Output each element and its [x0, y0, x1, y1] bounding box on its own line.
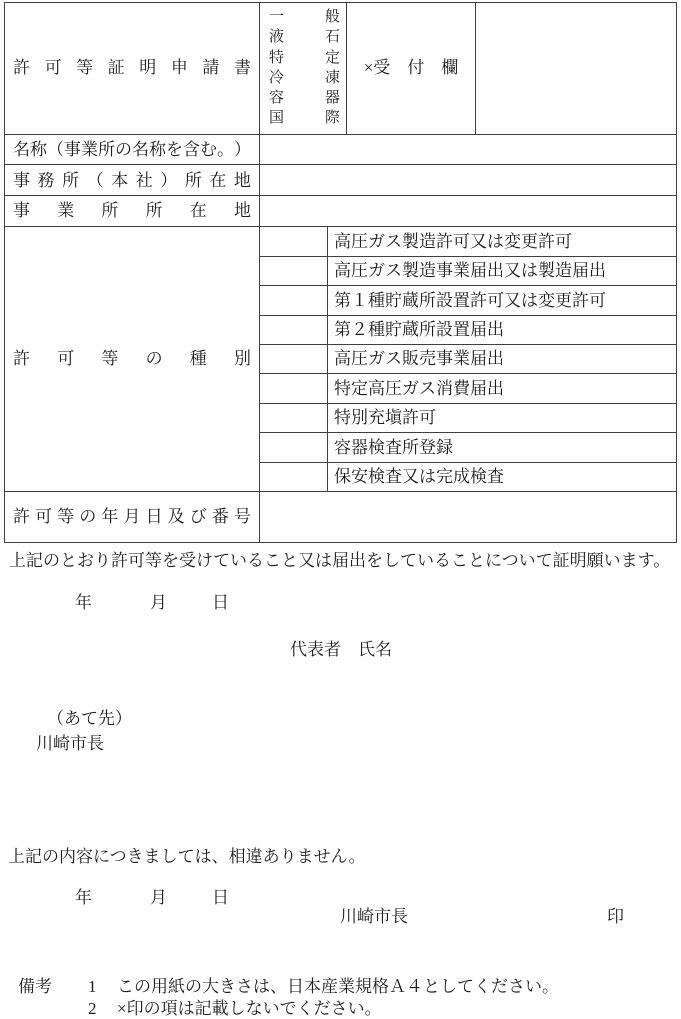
kind-label: 保安検査又は完成検査 — [327, 463, 676, 491]
law-char: 液 — [269, 29, 284, 46]
law-pair: 容器 — [269, 90, 340, 107]
site-address-label: 事業所所在地 — [13, 201, 251, 221]
site-address-input-cell[interactable] — [259, 196, 676, 226]
kind-check-cell[interactable] — [259, 404, 327, 432]
kind-label: 高圧ガス販売事業届出 — [327, 345, 676, 373]
site-address-row: 事業所所在地 — [5, 195, 676, 226]
kind-check-cell[interactable] — [259, 433, 327, 461]
remarks-label: 備考 — [18, 977, 52, 997]
day-label[interactable]: 日 — [212, 888, 229, 908]
site-address-label-cell: 事業所所在地 — [5, 196, 259, 226]
law-char: 冷 — [269, 70, 284, 87]
permission-date-number-label-cell: 許可等の年月日及び番号 — [5, 492, 259, 542]
permission-date-number-row: 許可等の年月日及び番号 — [5, 491, 676, 542]
law-pair: 一般 — [269, 9, 340, 26]
kind-label: 特別充塡許可 — [327, 404, 676, 432]
kind-label: 特定高圧ガス消費届出 — [327, 374, 676, 402]
kind-check-cell[interactable] — [259, 316, 327, 344]
kind-label: 第１種貯蔵所設置許可又は変更許可 — [327, 286, 676, 314]
law-char: 特 — [269, 50, 284, 67]
day-label[interactable]: 日 — [212, 593, 229, 613]
remark-text: ×印の項は記載しないでください。 — [117, 999, 382, 1019]
kind-label: 容器検査所登録 — [327, 433, 676, 461]
seal-mark[interactable]: 印 — [607, 907, 624, 927]
kind-row: 容器検査所登録 — [259, 432, 676, 461]
permission-kind-list: 高圧ガス製造許可又は変更許可 高圧ガス製造事業届出又は製造届出 第１種貯蔵所設置… — [259, 227, 676, 491]
form-title: 許可等証明申請書 — [13, 58, 251, 78]
remark-text: この用紙の大きさは、日本産業規格Ａ４としてください。 — [117, 977, 559, 997]
kind-row: 特定高圧ガス消費届出 — [259, 373, 676, 402]
addressee-name: 川崎市長 — [36, 734, 104, 754]
reception-label-cell: ×受 付 欄 — [346, 3, 475, 134]
kind-row: 第１種貯蔵所設置許可又は変更許可 — [259, 285, 676, 314]
kind-label: 高圧ガス製造事業届出又は製造届出 — [327, 257, 676, 285]
mayor-signature-label: 川崎市長 — [340, 907, 408, 927]
kind-row: 高圧ガス製造許可又は変更許可 — [259, 227, 676, 255]
representative-name-label[interactable]: 代表者 氏名 — [290, 640, 392, 660]
kind-check-cell[interactable] — [259, 257, 327, 285]
permission-kind-block: 許可等の種別 高圧ガス製造許可又は変更許可 高圧ガス製造事業届出又は製造届出 第… — [5, 226, 676, 491]
kind-check-cell[interactable] — [259, 286, 327, 314]
year-label[interactable]: 年 — [75, 593, 92, 613]
application-form-table: 許可等証明申請書 一般 液石 特定 冷凍 容器 国際 ×受 付 欄 名称（事業所… — [4, 2, 677, 543]
permission-date-number-label: 許可等の年月日及び番号 — [13, 507, 251, 527]
kind-check-cell[interactable] — [259, 374, 327, 402]
office-address-row: 事務所（本社）所在地 — [5, 164, 676, 195]
name-label-cell: 名称（事業所の名称を含む。） — [5, 135, 259, 165]
law-char: 般 — [325, 9, 340, 26]
office-address-label-cell: 事務所（本社）所在地 — [5, 165, 259, 195]
form-title-cell: 許可等証明申請書 — [5, 3, 259, 134]
law-category-cell: 一般 液石 特定 冷凍 容器 国際 — [259, 3, 346, 134]
kind-row: 特別充塡許可 — [259, 403, 676, 432]
name-input-cell[interactable] — [259, 135, 676, 165]
law-char: 器 — [325, 90, 340, 107]
law-pair: 液石 — [269, 29, 340, 46]
kind-check-cell[interactable] — [259, 345, 327, 373]
law-char: 一 — [269, 9, 284, 26]
kind-row: 保安検査又は完成検査 — [259, 462, 676, 491]
month-label[interactable]: 月 — [150, 888, 167, 908]
law-char: 石 — [325, 29, 340, 46]
law-char: 定 — [325, 50, 340, 67]
confirmation-text: 上記の内容につきましては、相違ありません。 — [8, 847, 366, 867]
permission-kind-label-cell: 許可等の種別 — [5, 227, 259, 491]
remark-number: 1 — [88, 977, 97, 997]
kind-row: 高圧ガス販売事業届出 — [259, 344, 676, 373]
law-char: 国 — [269, 110, 284, 127]
name-label: 名称（事業所の名称を含む。） — [13, 140, 251, 160]
certify-request-text: 上記のとおり許可等を受けていること又は届出をしていることについて証明願います。 — [9, 551, 670, 571]
law-char: 凍 — [325, 70, 340, 87]
kind-row: 高圧ガス製造事業届出又は製造届出 — [259, 256, 676, 285]
kind-row: 第２種貯蔵所設置届出 — [259, 315, 676, 344]
addressee-heading: （あて先） — [47, 709, 132, 729]
name-row: 名称（事業所の名称を含む。） — [5, 134, 676, 165]
kind-check-cell[interactable] — [259, 227, 327, 255]
office-address-label: 事務所（本社）所在地 — [13, 171, 251, 191]
law-char: 容 — [269, 90, 284, 107]
office-address-input-cell[interactable] — [259, 165, 676, 195]
kind-check-cell[interactable] — [259, 463, 327, 491]
month-label[interactable]: 月 — [150, 593, 167, 613]
law-pair: 特定 — [269, 50, 340, 67]
kind-label: 第２種貯蔵所設置届出 — [327, 316, 676, 344]
permission-date-number-input-cell[interactable] — [259, 492, 676, 542]
permission-kind-label: 許可等の種別 — [13, 349, 251, 369]
year-label[interactable]: 年 — [75, 888, 92, 908]
law-pair: 国際 — [269, 110, 340, 127]
reception-stamp-area[interactable] — [475, 3, 676, 134]
kind-label: 高圧ガス製造許可又は変更許可 — [327, 227, 676, 255]
law-char: 際 — [325, 110, 340, 127]
remark-number: 2 — [88, 999, 97, 1019]
law-pair: 冷凍 — [269, 70, 340, 87]
header-row: 許可等証明申請書 一般 液石 特定 冷凍 容器 国際 ×受 付 欄 — [5, 3, 676, 134]
reception-label: ×受 付 欄 — [364, 58, 459, 78]
